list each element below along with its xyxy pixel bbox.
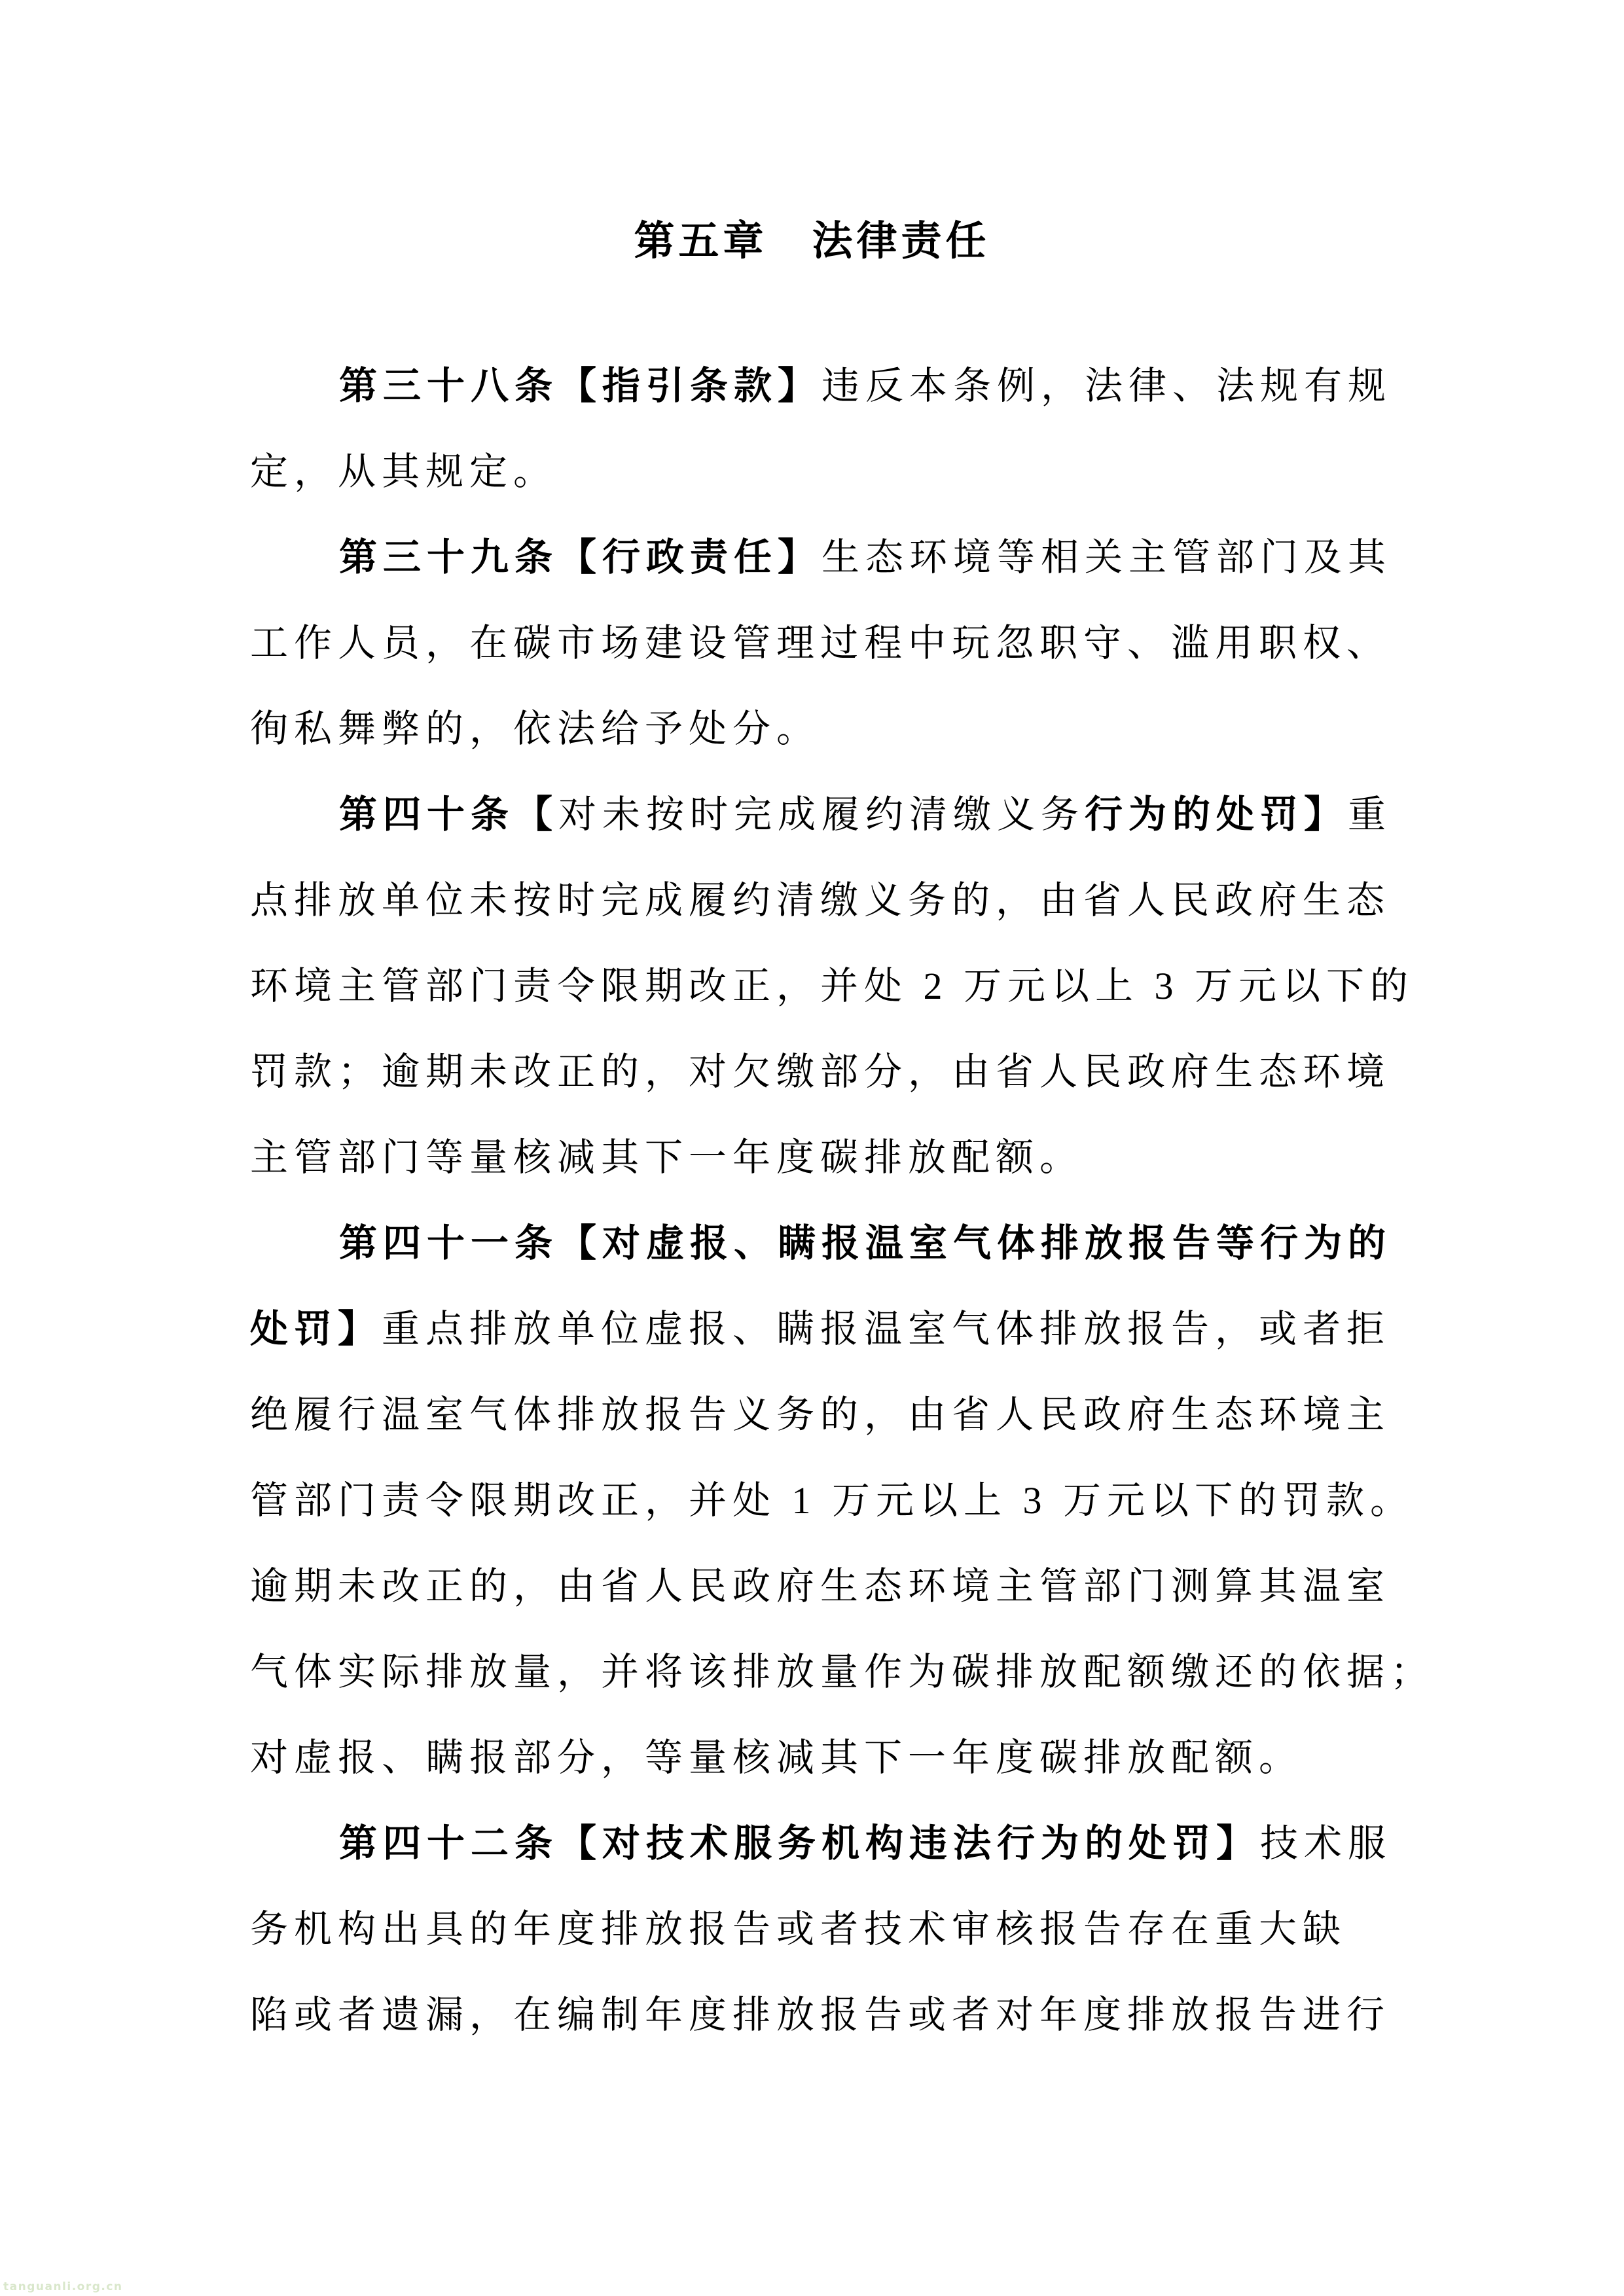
article-heading: 第三十九条【行政责任】 [339,536,821,579]
body-text: 绝履行温室气体排放报告义务的，由省人民政府生态环境主 [250,1393,1390,1436]
paragraph-line: 第三十九条【行政责任】生态环境等相关主管部门及其 [250,514,1390,600]
paragraph-line: 罚款；逾期未改正的，对欠缴部分，由省人民政府生态环境 [250,1029,1390,1115]
paragraph-line: 点排放单位未按时完成履约清缴义务的，由省人民政府生态 [250,857,1390,943]
chapter-title: 第五章 法律责任 [0,217,1624,266]
paragraph-line: 第四十条【对未按时完成履约清缴义务行为的处罚】重 [250,772,1390,857]
paragraph-line: 主管部门等量核减其下一年度碳排放配额。 [250,1115,1390,1200]
paragraph-line: 管部门责令限期改正，并处 1 万元以上 3 万元以下的罚款。 [250,1458,1390,1543]
paragraph-line: 务机构出具的年度排放报告或者技术审核报告存在重大缺 [250,1886,1390,1972]
body-text: 陷或者遗漏，在编制年度排放报告或者对年度排放报告进行 [250,1994,1390,2036]
paragraph-line: 环境主管部门责令限期改正，并处 2 万元以上 3 万元以下的 [250,943,1390,1029]
body-text: 工作人员，在碳市场建设管理过程中玩忽职守、滥用职权、 [250,622,1390,664]
body-text: 重 [1348,793,1392,836]
paragraph-line: 定，从其规定。 [250,429,1390,514]
body-text: 环境主管部门责令限期改正，并处 2 万元以上 3 万元以下的 [250,965,1414,1007]
body-text: 管部门责令限期改正，并处 1 万元以上 3 万元以下的罚款。 [250,1479,1414,1522]
article-heading-light: 对未按时完成履约清缴义务 [558,793,1085,836]
body-text: 定，从其规定。 [250,450,557,493]
body-text: 技术服 [1260,1822,1392,1865]
article-heading: 行为的处罚】 [1085,793,1348,836]
article-heading: 第四十一条【对虚报、瞒报温室气体排放报告等行为的 [339,1222,1392,1265]
body-text: 逾期未改正的，由省人民政府生态环境主管部门测算其温室 [250,1565,1390,1607]
paragraph-line: 绝履行温室气体排放报告义务的，由省人民政府生态环境主 [250,1372,1390,1458]
article-heading: 第四十条【 [339,793,558,836]
paragraph-line: 工作人员，在碳市场建设管理过程中玩忽职守、滥用职权、 [250,600,1390,686]
body-text: 务机构出具的年度排放报告或者技术审核报告存在重大缺 [250,1908,1346,1950]
paragraph-line: 第三十八条【指引条款】违反本条例，法律、法规有规 [250,343,1390,429]
article-heading: 处罚】 [250,1308,382,1350]
document-page: 第五章 法律责任 第三十八条【指引条款】违反本条例，法律、法规有规 定，从其规定… [0,0,1624,2296]
body-text: 罚款；逾期未改正的，对欠缴部分，由省人民政府生态环境 [250,1050,1390,1093]
paragraph-line: 徇私舞弊的，依法给予处分。 [250,686,1390,772]
body-text: 气体实际排放量，并将该排放量作为碳排放配额缴还的依据； [250,1651,1434,1693]
body-text: 重点排放单位虚报、瞒报温室气体排放报告，或者拒 [382,1308,1390,1350]
article-heading: 第三十八条【指引条款】 [339,365,821,407]
body-text: 点排放单位未按时完成履约清缴义务的，由省人民政府生态 [250,879,1390,922]
body-text: 生态环境等相关主管部门及其 [821,536,1392,579]
paragraph-line: 处罚】重点排放单位虚报、瞒报温室气体排放报告，或者拒 [250,1286,1390,1372]
paragraph-line: 气体实际排放量，并将该排放量作为碳排放配额缴还的依据； [250,1629,1390,1715]
site-watermark: tanguanli.org.cn [3,2280,123,2293]
paragraph-line: 陷或者遗漏，在编制年度排放报告或者对年度排放报告进行 [250,1972,1390,2058]
paragraph-line: 对虚报、瞒报部分，等量核减其下一年度碳排放配额。 [250,1715,1390,1801]
body-text: 主管部门等量核减其下一年度碳排放配额。 [250,1136,1083,1179]
article-heading: 第四十二条【对技术服务机构违法行为的处罚】 [339,1822,1260,1865]
body-text: 违反本条例，法律、法规有规 [821,365,1392,407]
paragraph-line: 第四十一条【对虚报、瞒报温室气体排放报告等行为的 [250,1200,1390,1286]
body-text: 对虚报、瞒报部分，等量核减其下一年度碳排放配额。 [250,1736,1303,1779]
document-body: 第三十八条【指引条款】违反本条例，法律、法规有规 定，从其规定。 第三十九条【行… [250,343,1390,2058]
paragraph-line: 第四十二条【对技术服务机构违法行为的处罚】技术服 [250,1801,1390,1886]
paragraph-line: 逾期未改正的，由省人民政府生态环境主管部门测算其温室 [250,1543,1390,1629]
body-text: 徇私舞弊的，依法给予处分。 [250,708,820,750]
